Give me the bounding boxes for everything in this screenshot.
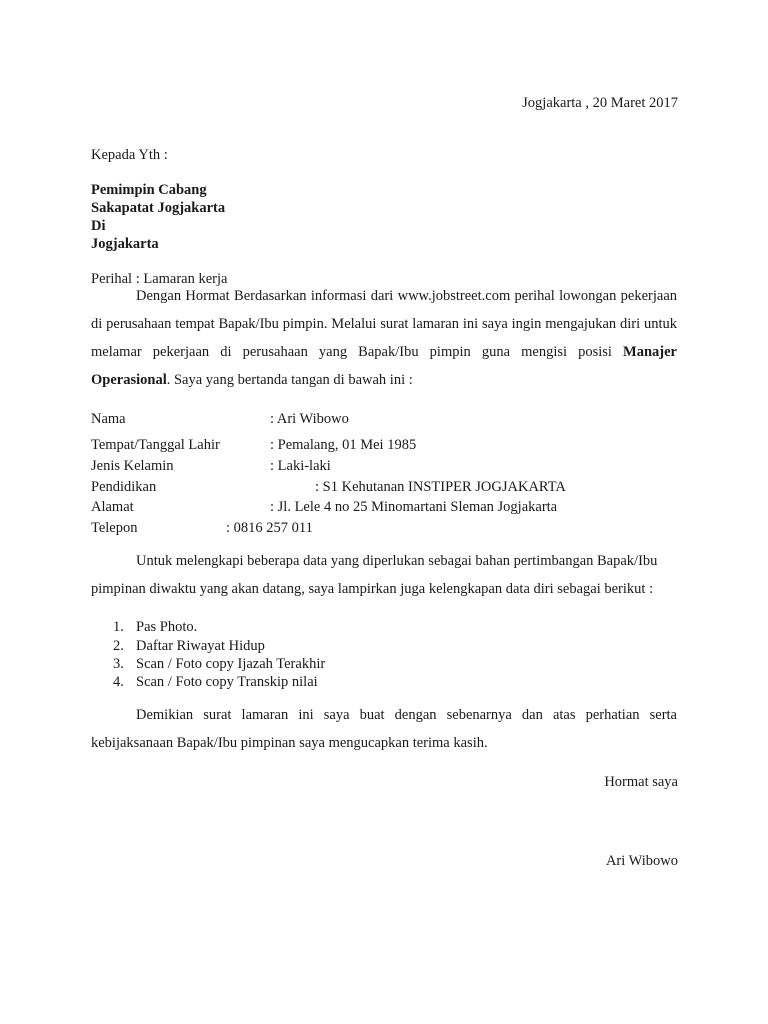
detail-label: Jenis Kelamin: [91, 457, 174, 475]
list-number: 2.: [113, 637, 124, 655]
detail-value: : S1 Kehutanan INSTIPER JOGJAKARTA: [315, 478, 566, 496]
list-item: Daftar Riwayat Hidup: [136, 637, 265, 655]
to-label: Kepada Yth :: [91, 146, 168, 164]
opening-text-end: . Saya yang bertanda tangan di bawah ini…: [167, 372, 413, 388]
opening-paragraph: Dengan Hormat Berdasarkan informasi dari…: [91, 282, 677, 394]
list-item: Scan / Foto copy Transkip nilai: [136, 673, 318, 691]
list-number: 3.: [113, 655, 124, 673]
closing-paragraph: Demikian surat lamaran ini saya buat den…: [91, 701, 677, 757]
salutation: Hormat saya: [604, 773, 678, 791]
recipient-line: Sakapatat Jogjakarta: [91, 199, 225, 217]
recipient-line: Pemimpin Cabang: [91, 181, 207, 199]
detail-label: Tempat/Tanggal Lahir: [91, 436, 220, 454]
detail-value: : Laki-laki: [270, 457, 331, 475]
attachments-intro: Untuk melengkapi beberapa data yang dipe…: [91, 547, 677, 603]
letter-page: Jogjakarta , 20 Maret 2017 Kepada Yth : …: [0, 0, 768, 1024]
list-item: Pas Photo.: [136, 618, 197, 636]
signature-name: Ari Wibowo: [606, 852, 678, 870]
detail-label: Alamat: [91, 498, 134, 516]
detail-label: Nama: [91, 410, 126, 428]
detail-value: : 0816 257 011: [226, 519, 313, 537]
detail-value: : Pemalang, 01 Mei 1985: [270, 436, 416, 454]
list-number: 1.: [113, 618, 124, 636]
list-number: 4.: [113, 673, 124, 691]
opening-text: Dengan Hormat Berdasarkan informasi dari…: [91, 288, 677, 360]
place-date: Jogjakarta , 20 Maret 2017: [522, 94, 678, 112]
detail-label: Pendidikan: [91, 478, 156, 496]
detail-value: : Ari Wibowo: [270, 410, 349, 428]
recipient-line: Jogjakarta: [91, 235, 159, 253]
recipient-line: Di: [91, 217, 106, 235]
detail-value: : Jl. Lele 4 no 25 Minomartani Sleman Jo…: [270, 498, 557, 516]
detail-label: Telepon: [91, 519, 138, 537]
list-item: Scan / Foto copy Ijazah Terakhir: [136, 655, 325, 673]
